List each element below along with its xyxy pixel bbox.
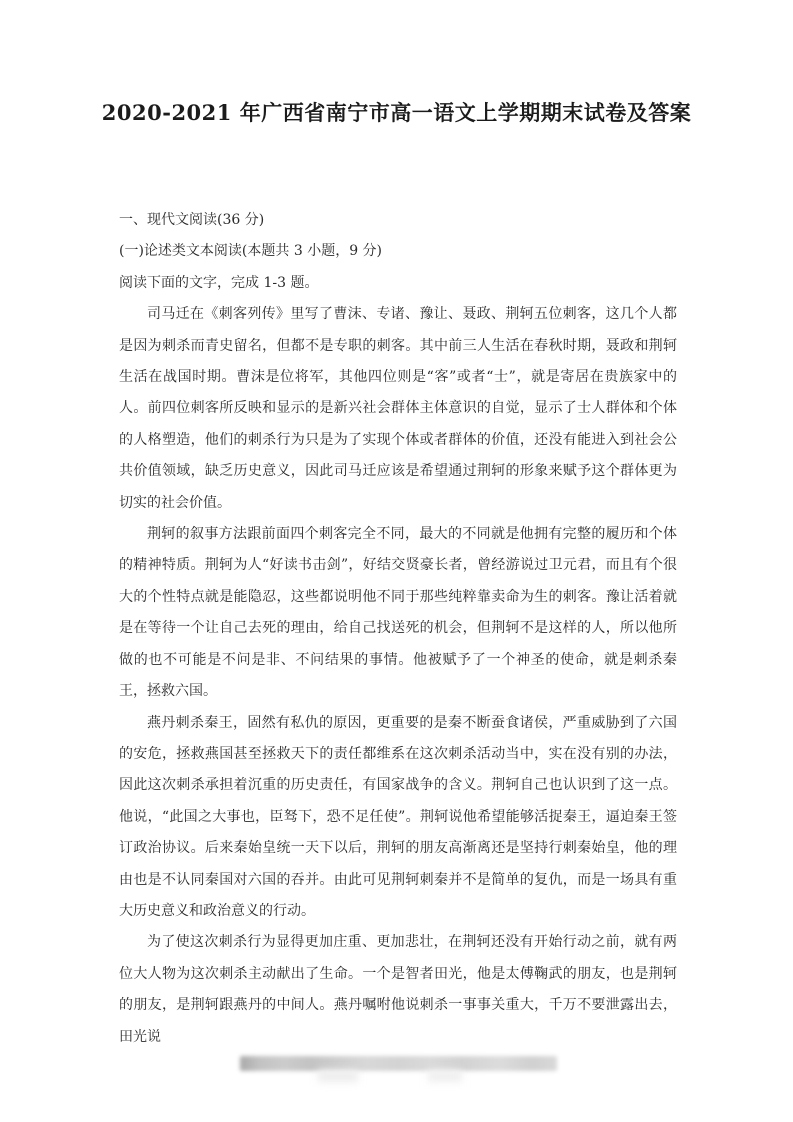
passage-paragraph-1: 司马迁在《刺客列传》里写了曹沫、专诸、豫让、聂政、荆轲五位刺客，这几个人都是因为… bbox=[119, 299, 677, 519]
document-title: 2020-2021 年广西省南宁市高一语文上学期期末试卷及答案 bbox=[0, 0, 793, 129]
passage-paragraph-2: 荆轲的叙事方法跟前面四个刺客完全不同，最大的不同就是他拥有完整的履历和个体的精神… bbox=[119, 519, 677, 707]
watermark-smudge bbox=[428, 1070, 462, 1082]
reading-instruction: 阅读下面的文字，完成 1-3 题。 bbox=[119, 268, 677, 299]
watermark-smudge bbox=[318, 1070, 358, 1082]
passage-paragraph-4: 为了使这次刺杀行为显得更加庄重、更加悲壮，在荆轲还没有开始行动之前，就有两位大人… bbox=[119, 927, 677, 1053]
passage-paragraph-3: 燕丹刺杀秦王，固然有私仇的原因，更重要的是秦不断蚕食诸侯，严重威胁到了六国的安危… bbox=[119, 708, 677, 928]
blurred-watermark bbox=[240, 1056, 557, 1071]
section-heading: 一、现代文阅读(36 分) bbox=[119, 205, 677, 236]
subsection-heading: (一)论述类文本阅读(本题共 3 小题，9 分) bbox=[119, 236, 677, 267]
document-body: 一、现代文阅读(36 分) (一)论述类文本阅读(本题共 3 小题，9 分) 阅… bbox=[119, 205, 677, 1053]
document-page: 2020-2021 年广西省南宁市高一语文上学期期末试卷及答案 一、现代文阅读(… bbox=[0, 0, 793, 1122]
